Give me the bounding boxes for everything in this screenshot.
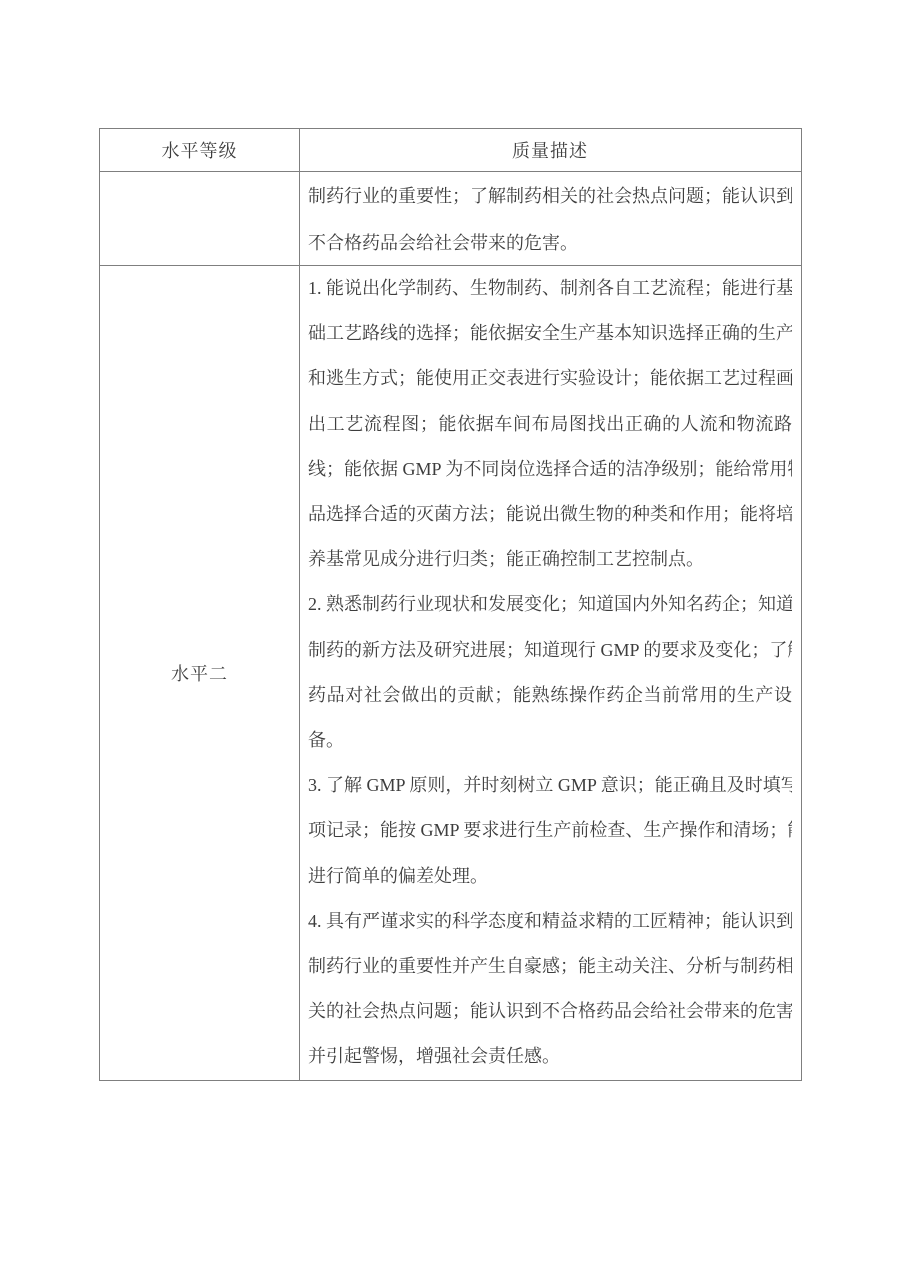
text-line: 和逃生方式；能使用正交表进行实验设计；能依据工艺过程画	[308, 356, 792, 401]
text-line: 并引起警惕，增强社会责任感。	[308, 1034, 792, 1079]
header-cell-description: 质量描述	[300, 129, 801, 171]
text-line: 项记录；能按 GMP 要求进行生产前检查、生产操作和清场；能	[308, 808, 792, 853]
text-line: 养基常见成分进行归类；能正确控制工艺控制点。	[308, 537, 792, 582]
quality-description-table: 水平等级 质量描述 制药行业的重要性；了解制药相关的社会热点问题；能认识到不合格…	[99, 128, 802, 1081]
level-cell	[100, 172, 300, 265]
text-line: 品选择合适的灭菌方法；能说出微生物的种类和作用；能将培	[308, 492, 792, 537]
text-line: 1. 能说出化学制药、生物制药、制剂各自工艺流程；能进行基	[308, 266, 792, 311]
text-line: 备。	[308, 718, 792, 763]
table-row-continuation: 制药行业的重要性；了解制药相关的社会热点问题；能认识到不合格药品会给社会带来的危…	[100, 172, 801, 266]
text-line: 3. 了解 GMP 原则，并时刻树立 GMP 意识；能正确且及时填写各	[308, 763, 792, 808]
table-row-level-two: 水平二 1. 能说出化学制药、生物制药、制剂各自工艺流程；能进行基础工艺路线的选…	[100, 266, 801, 1080]
text-line: 出工艺流程图；能依据车间布局图找出正确的人流和物流路	[308, 402, 792, 447]
text-line: 关的社会热点问题；能认识到不合格药品会给社会带来的危害	[308, 989, 792, 1034]
text-line: 制药行业的重要性；了解制药相关的社会热点问题；能认识到	[308, 173, 792, 220]
description-cell: 1. 能说出化学制药、生物制药、制剂各自工艺流程；能进行基础工艺路线的选择；能依…	[300, 266, 801, 1080]
document-page: 水平等级 质量描述 制药行业的重要性；了解制药相关的社会热点问题；能认识到不合格…	[0, 0, 900, 1272]
text-line: 不合格药品会给社会带来的危害。	[308, 220, 792, 265]
text-line: 制药的新方法及研究进展；知道现行 GMP 的要求及变化；了解	[308, 628, 792, 673]
header-cell-level: 水平等级	[100, 129, 300, 171]
text-line: 4. 具有严谨求实的科学态度和精益求精的工匠精神；能认识到	[308, 899, 792, 944]
description-cell: 制药行业的重要性；了解制药相关的社会热点问题；能认识到不合格药品会给社会带来的危…	[300, 172, 801, 265]
text-line: 线；能依据 GMP 为不同岗位选择合适的洁净级别；能给常用物	[308, 447, 792, 492]
text-line: 2. 熟悉制药行业现状和发展变化；知道国内外知名药企；知道	[308, 582, 792, 627]
level-cell: 水平二	[100, 266, 300, 1080]
table-header-row: 水平等级 质量描述	[100, 129, 801, 172]
text-line: 础工艺路线的选择；能依据安全生产基本知识选择正确的生产	[308, 311, 792, 356]
text-line: 进行简单的偏差处理。	[308, 854, 792, 899]
text-line: 药品对社会做出的贡献；能熟练操作药企当前常用的生产设	[308, 673, 792, 718]
text-line: 制药行业的重要性并产生自豪感；能主动关注、分析与制药相	[308, 944, 792, 989]
